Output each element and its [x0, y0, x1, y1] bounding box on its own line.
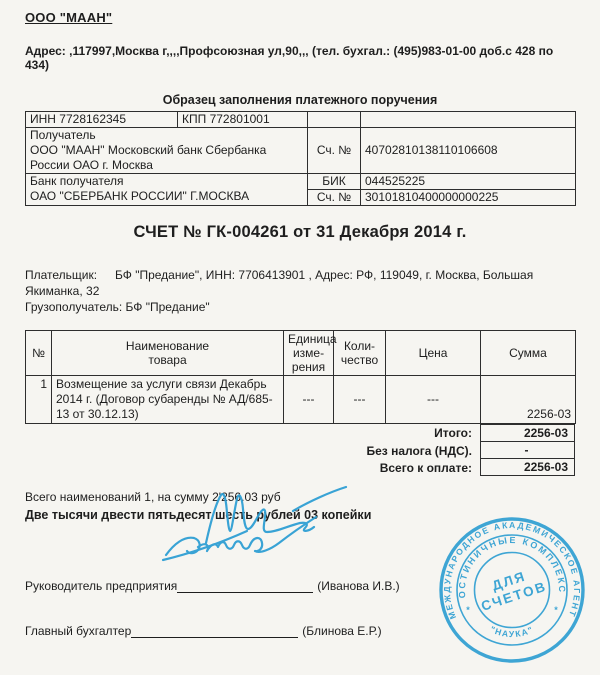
payable-label: Всего к оплате: — [380, 459, 480, 476]
items-header-row: № Наименование товара Единица изме- рени… — [26, 331, 576, 376]
empty-cell — [308, 112, 361, 128]
total-value: 2256-03 — [480, 424, 575, 442]
recipient-label: Получатель — [30, 128, 96, 142]
payer-label: Плательщик: — [25, 267, 115, 283]
invoice-document: ООО "МААН" Адрес: ,117997,Москва г,,,,Пр… — [0, 0, 600, 675]
consignee-line: Грузополучатель: БФ "Предание" — [25, 299, 575, 315]
col-header-sum: Сумма — [481, 331, 576, 376]
item-unit: --- — [284, 376, 334, 424]
empty-cell — [361, 112, 576, 128]
stamp-bottom-text: "НАУКА" — [489, 624, 536, 639]
payable-value: 2256-03 — [480, 458, 575, 477]
totals-block: Итого: 2256-03 Без налога (НДС). - Всего… — [25, 424, 575, 476]
total-row-payable: Всего к оплате: 2256-03 — [25, 459, 575, 476]
items-table: № Наименование товара Единица изме- рени… — [25, 330, 576, 424]
col-header-price: Цена — [386, 331, 481, 376]
item-num: 1 — [26, 376, 52, 424]
recipient-name: ООО "МААН" Московский банк Сбербанка Рос… — [30, 143, 266, 172]
kpp-cell: КПП 772801001 — [178, 112, 308, 128]
items-count-line: Всего наименований 1, на сумму 2'256.03 … — [25, 489, 575, 505]
stamp-right-star-icon: * — [554, 605, 558, 615]
accountant-signature-line — [131, 624, 298, 638]
corr-account-number-cell: 30101810400000000225 — [361, 190, 576, 206]
accountant-name: (Блинова Е.Р.) — [298, 624, 381, 638]
bank-details-table: ИНН 7728162345 КПП 772801001 Получатель … — [25, 111, 576, 206]
bank-name: ОАО "СБЕРБАНК РОССИИ" Г.МОСКВА — [30, 189, 249, 203]
director-name: (Иванова И.В.) — [313, 579, 399, 593]
recipient-cell: Получатель ООО "МААН" Московский банк Сб… — [26, 128, 308, 174]
col-header-name: Наименование товара — [52, 331, 284, 376]
item-sum: 2256-03 — [481, 376, 576, 424]
bik-label-cell: БИК — [308, 174, 361, 190]
account-number-cell: 40702810138110106608 — [361, 128, 576, 174]
payer-block: Плательщик: БФ "Предание", ИНН: 77064139… — [25, 267, 575, 315]
total-label: Итого: — [434, 424, 480, 442]
payer-value: БФ "Предание", ИНН: 7706413901 , Адрес: … — [115, 267, 533, 283]
corr-account-label-cell: Сч. № — [308, 190, 361, 206]
bank-label: Банк получателя — [30, 174, 123, 188]
payer-value-wrap: Якиманка, 32 — [25, 283, 575, 299]
item-price: --- — [386, 376, 481, 424]
stamp-center-text: ДЛЯ СЧЕТОВ — [474, 563, 548, 614]
payment-order-sample-title: Образец заполнения платежного поручения — [25, 93, 575, 107]
signature-crossbar-stroke — [163, 531, 247, 560]
col-header-qty: Коли- чество — [334, 331, 386, 376]
round-stamp: ООО МЕЖДУНАРОДНОЕ АКАДЕМИЧЕСКОЕ АГЕНТСТВ… — [437, 515, 587, 665]
recipient-bank-cell: Банк получателя ОАО "СБЕРБАНК РОССИИ" Г.… — [26, 174, 308, 206]
director-signature-line — [177, 579, 313, 593]
accountant-label: Главный бухгалтер — [25, 624, 131, 638]
company-name: ООО "МААН" — [25, 10, 575, 25]
tax-label: Без налога (НДС). — [366, 442, 480, 459]
item-row: 1 Возмещение за услуги связи Декабрь 201… — [26, 376, 576, 424]
col-header-unit: Единица изме- рения — [284, 331, 334, 376]
inn-cell: ИНН 7728162345 — [26, 112, 178, 128]
total-row-itogo: Итого: 2256-03 — [25, 424, 575, 442]
director-label: Руководитель предприятия — [25, 579, 177, 593]
total-row-tax: Без налога (НДС). - — [25, 442, 575, 459]
bik-value-cell: 044525225 — [361, 174, 576, 190]
tax-value: - — [480, 441, 575, 460]
item-qty: --- — [334, 376, 386, 424]
stamp-left-star-icon: * — [466, 605, 470, 615]
item-name: Возмещение за услуги связи Декабрь 2014 … — [52, 376, 284, 424]
company-address-line: Адрес: ,117997,Москва г,,,,Профсоюзная у… — [25, 44, 575, 72]
account-label-cell: Сч. № — [308, 128, 361, 174]
col-header-num: № — [26, 331, 52, 376]
invoice-title: СЧЕТ № ГК-004261 от 31 Декабря 2014 г. — [25, 223, 575, 242]
